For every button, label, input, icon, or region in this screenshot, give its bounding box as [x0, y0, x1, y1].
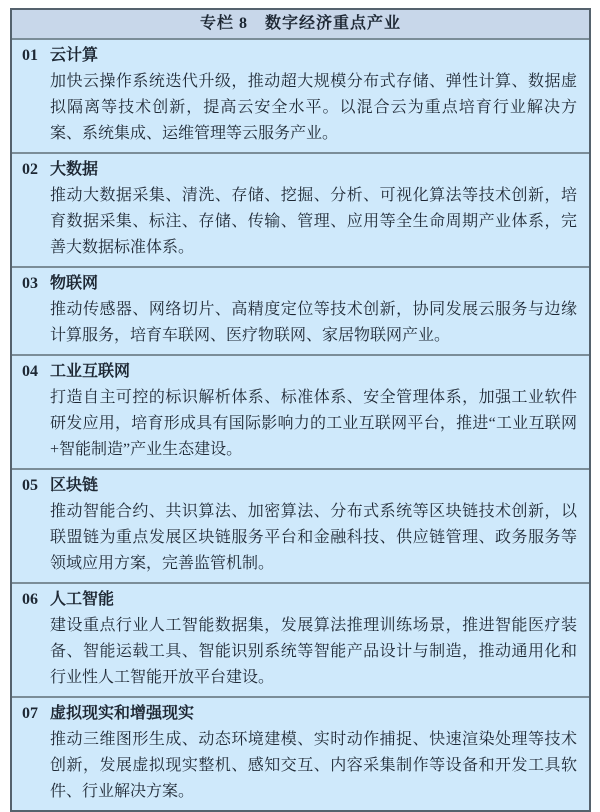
section-blockchain: 05 区块链 推动智能合约、共识算法、加密算法、分布式系统等区块链技术创新，以联…	[12, 468, 589, 582]
section-number: 06	[22, 587, 38, 613]
section-body: 打造自主可控的标识解析体系、标准体系、安全管理体系，加强工业软件研发应用，培育形…	[50, 385, 577, 463]
section-number: 05	[22, 473, 38, 499]
section-body: 推动大数据采集、清洗、存储、挖掘、分析、可视化算法等技术创新，培育数据采集、标注…	[50, 183, 577, 261]
section-number: 01	[22, 43, 38, 69]
section-big-data: 02 大数据 推动大数据采集、清洗、存储、挖掘、分析、可视化算法等技术创新，培育…	[12, 152, 589, 266]
section-body: 推动三维图形生成、动态环境建模、实时动作捕捉、快速渲染处理等技术创新，发展虚拟现…	[50, 727, 577, 805]
section-title: 工业互联网	[50, 359, 577, 385]
panel-title: 专栏 8 数字经济重点产业	[12, 10, 589, 40]
section-title: 大数据	[50, 157, 577, 183]
section-body: 推动传感器、网络切片、高精度定位等技术创新，协同发展云服务与边缘计算服务，培育车…	[50, 297, 577, 349]
document-page: 专栏 8 数字经济重点产业 01 云计算 加快云操作系统迭代升级，推动超大规模分…	[0, 0, 600, 781]
section-number: 03	[22, 271, 38, 297]
section-title: 物联网	[50, 271, 577, 297]
section-iot: 03 物联网 推动传感器、网络切片、高精度定位等技术创新，协同发展云服务与边缘计…	[12, 266, 589, 354]
section-ai: 06 人工智能 建设重点行业人工智能数据集，发展算法推理训练场景，推进智能医疗装…	[12, 582, 589, 696]
section-number: 04	[22, 359, 38, 385]
section-number: 07	[22, 701, 38, 727]
section-title: 虚拟现实和增强现实	[50, 701, 577, 727]
section-body: 建设重点行业人工智能数据集，发展算法推理训练场景，推进智能医疗装备、智能运载工具…	[50, 613, 577, 691]
section-number: 02	[22, 157, 38, 183]
section-title: 云计算	[50, 43, 577, 69]
column-box-panel: 专栏 8 数字经济重点产业 01 云计算 加快云操作系统迭代升级，推动超大规模分…	[10, 8, 591, 812]
section-title: 区块链	[50, 473, 577, 499]
section-cloud-computing: 01 云计算 加快云操作系统迭代升级，推动超大规模分布式存储、弹性计算、数据虚拟…	[12, 40, 589, 152]
section-body: 推动智能合约、共识算法、加密算法、分布式系统等区块链技术创新，以联盟链为重点发展…	[50, 499, 577, 577]
section-body: 加快云操作系统迭代升级，推动超大规模分布式存储、弹性计算、数据虚拟隔离等技术创新…	[50, 69, 577, 147]
section-industrial-internet: 04 工业互联网 打造自主可控的标识解析体系、标准体系、安全管理体系，加强工业软…	[12, 354, 589, 468]
section-title: 人工智能	[50, 587, 577, 613]
section-vr-ar: 07 虚拟现实和增强现实 推动三维图形生成、动态环境建模、实时动作捕捉、快速渲染…	[12, 696, 589, 810]
